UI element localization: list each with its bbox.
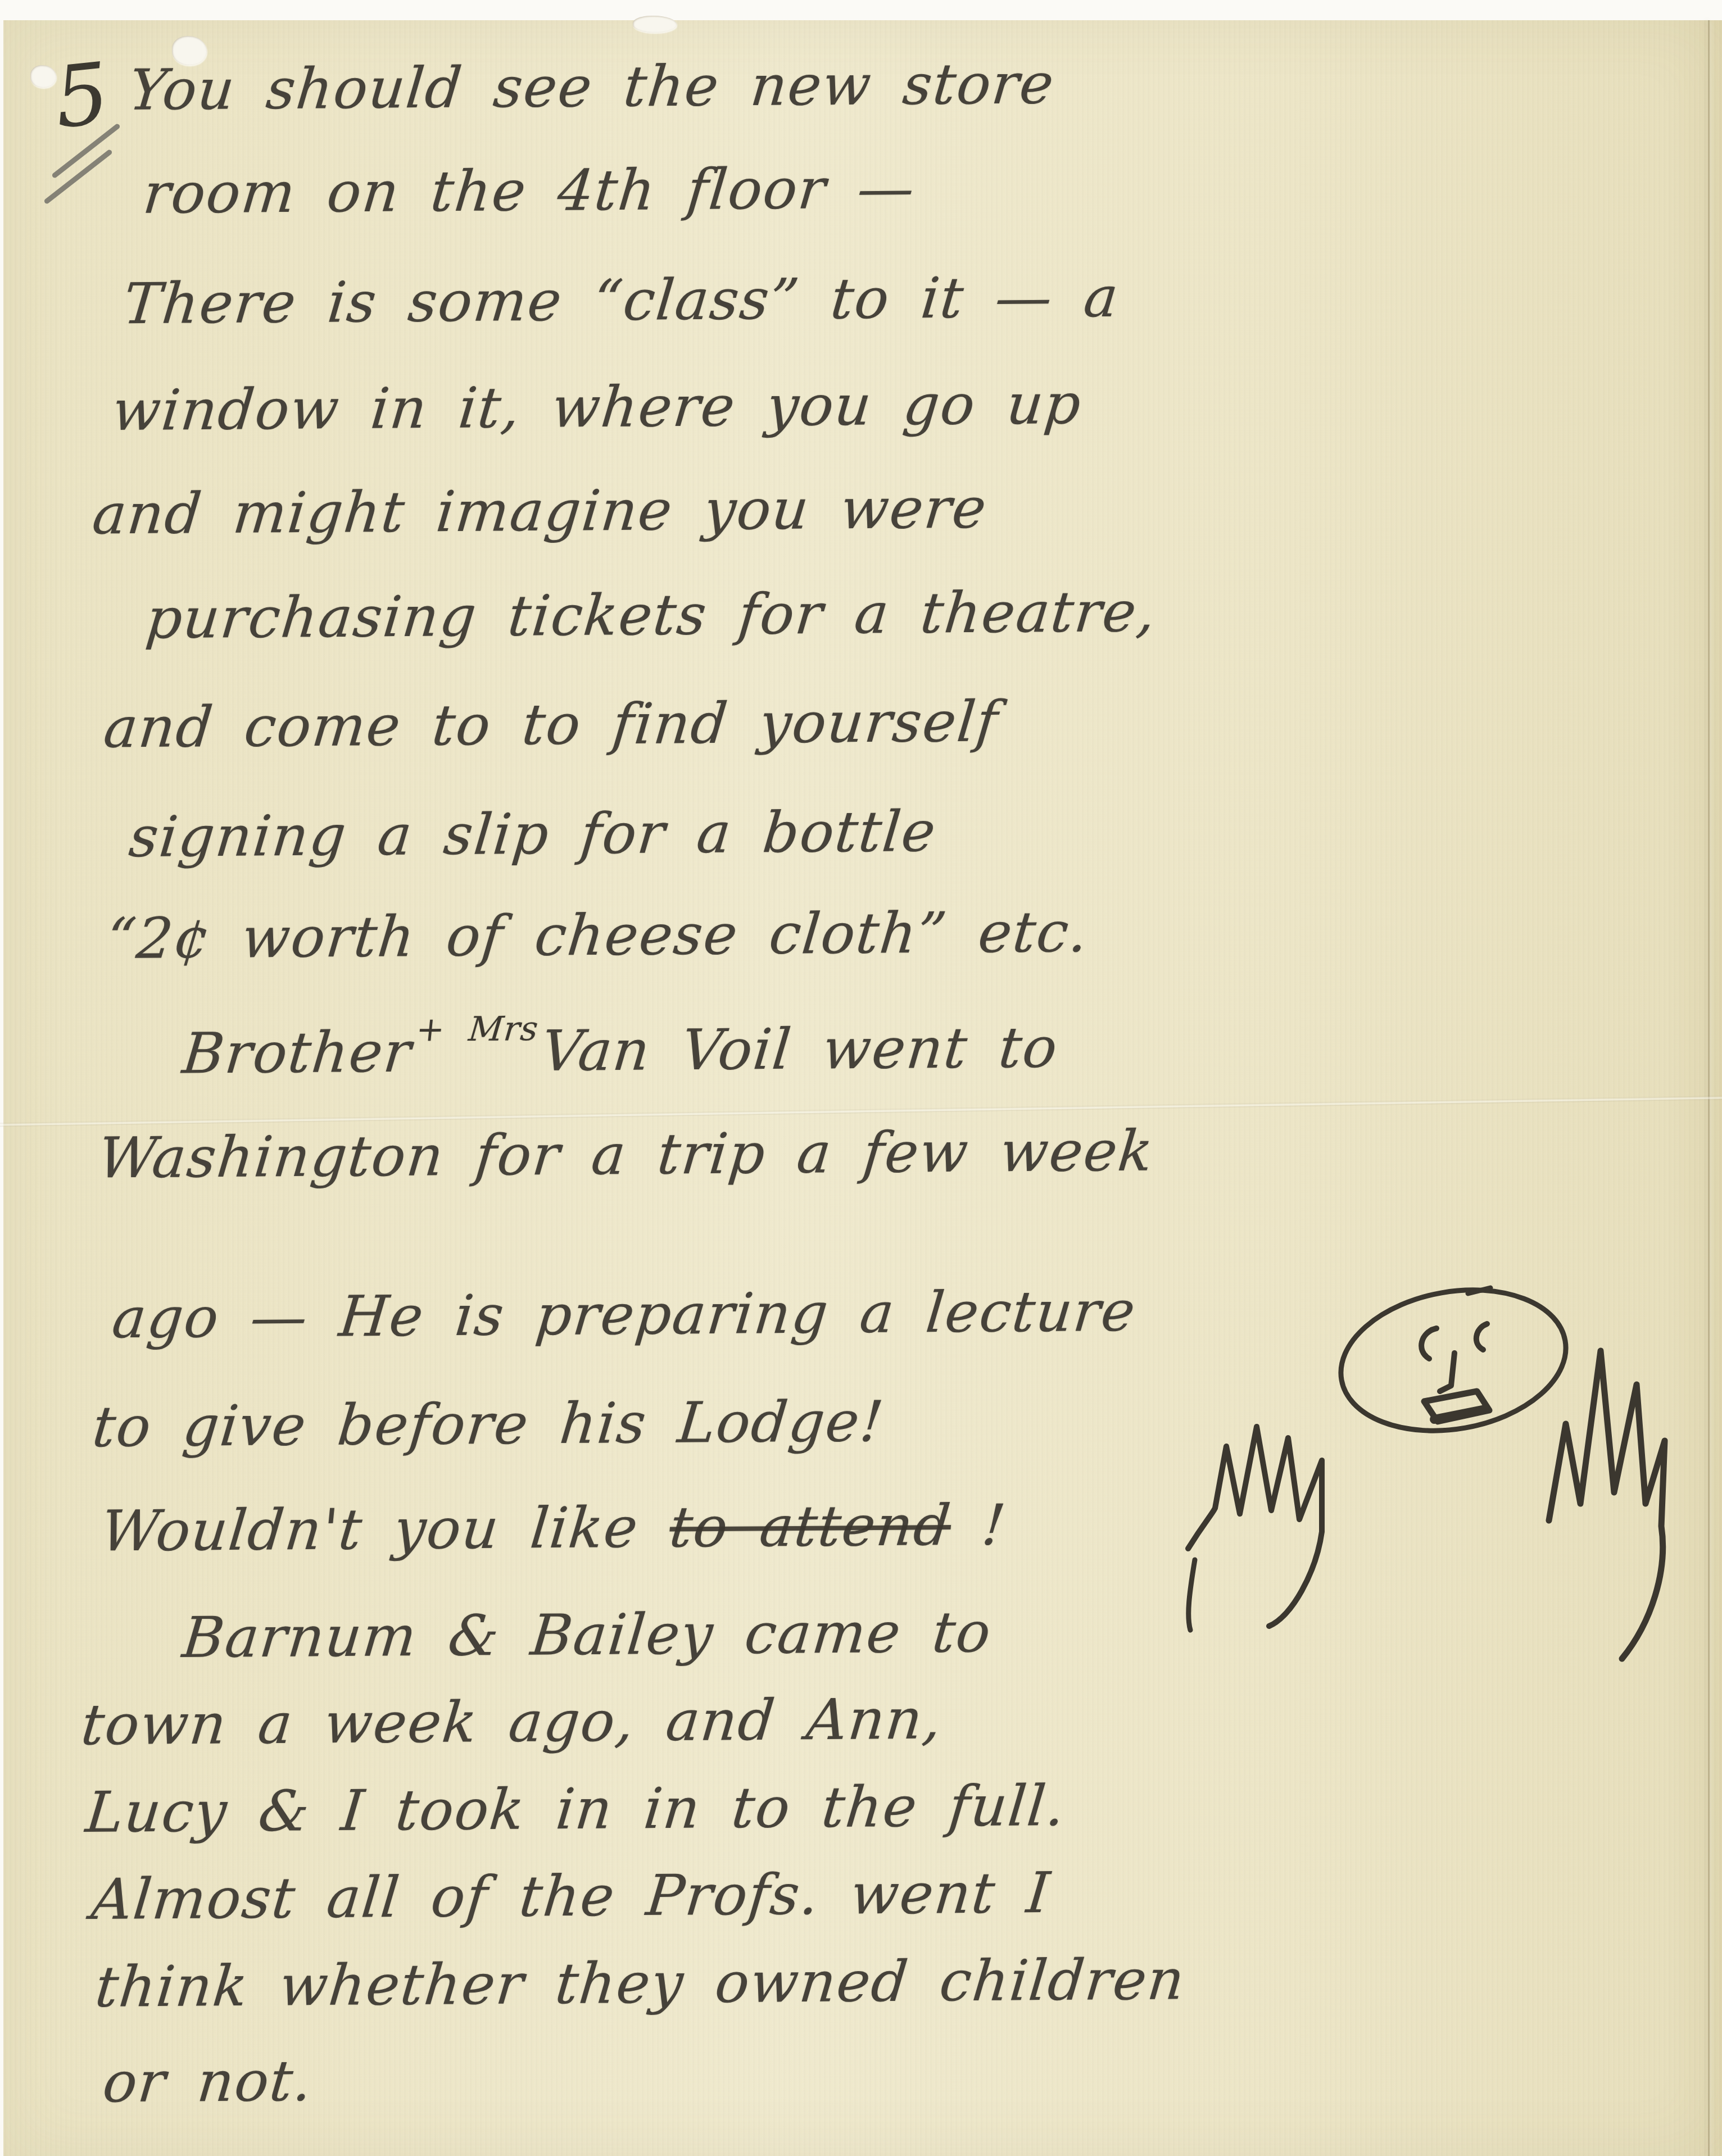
paper-tear: [633, 16, 677, 33]
letter-line: Wouldn't you like to attend !: [98, 1492, 1009, 1564]
letter-line: Brother+ MrsVan Voil went to: [180, 1015, 1061, 1087]
page-number-underline: [44, 148, 128, 216]
paper-edge-crease: [1708, 20, 1710, 2156]
letter-word: Wouldn't you like: [98, 1495, 673, 1564]
surprised-face-doodle: [1330, 1273, 1577, 1447]
struck-through-text: to attend: [667, 1492, 954, 1560]
letter-line: room on the 4th floor —: [141, 155, 918, 226]
letter-line: “2¢ worth of cheese cloth” etc.: [104, 899, 1092, 972]
left-eye: [1421, 1328, 1436, 1359]
mouth-lip: [1434, 1409, 1485, 1419]
letter-line: ago — He is preparing a lecture: [110, 1278, 1139, 1351]
letter-line: think whether they owned children: [93, 1946, 1189, 2020]
letter-line: purchasing tickets for a theatre,: [143, 579, 1159, 652]
page-number: 5: [50, 44, 114, 147]
letter-line: Barnum & Bailey came to: [180, 1599, 995, 1671]
letter-line: Almost all of the Profs. went I: [89, 1860, 1054, 1932]
letter-word: Van Voil went to: [539, 1015, 1062, 1084]
right-eye: [1476, 1324, 1487, 1350]
letter-line: town a week ago, and Ann,: [79, 1686, 946, 1758]
raised-hand-doodle-right: [1549, 1351, 1665, 1659]
letter-line: Washington for a trip a few week: [96, 1118, 1157, 1191]
letter-line: Lucy & I took in in to the full.: [83, 1773, 1069, 1845]
letter-word: !: [948, 1492, 1009, 1558]
letter-line: You should see the new store: [126, 51, 1058, 122]
doodle-group: [1155, 1256, 1722, 1683]
letter-line: There is some “class” to it — a: [121, 264, 1122, 337]
letter-line: and come to to find yourself: [101, 688, 1002, 760]
letter-line: signing a slip for a bottle: [126, 798, 940, 870]
letter-page: 5 You should see the new store room on t…: [3, 20, 1722, 2156]
letter-line: or not.: [100, 2048, 316, 2116]
letter-line: to give before his Lodge!: [90, 1388, 887, 1460]
letter-word: Brother: [180, 1019, 415, 1087]
nose: [1440, 1353, 1454, 1391]
inserted-text: + Mrs: [414, 1009, 540, 1050]
letter-line: window in it, where you go up: [110, 371, 1085, 443]
letter-line: and might imagine you were: [90, 475, 990, 547]
raised-hand-doodle-left: [1188, 1427, 1322, 1630]
